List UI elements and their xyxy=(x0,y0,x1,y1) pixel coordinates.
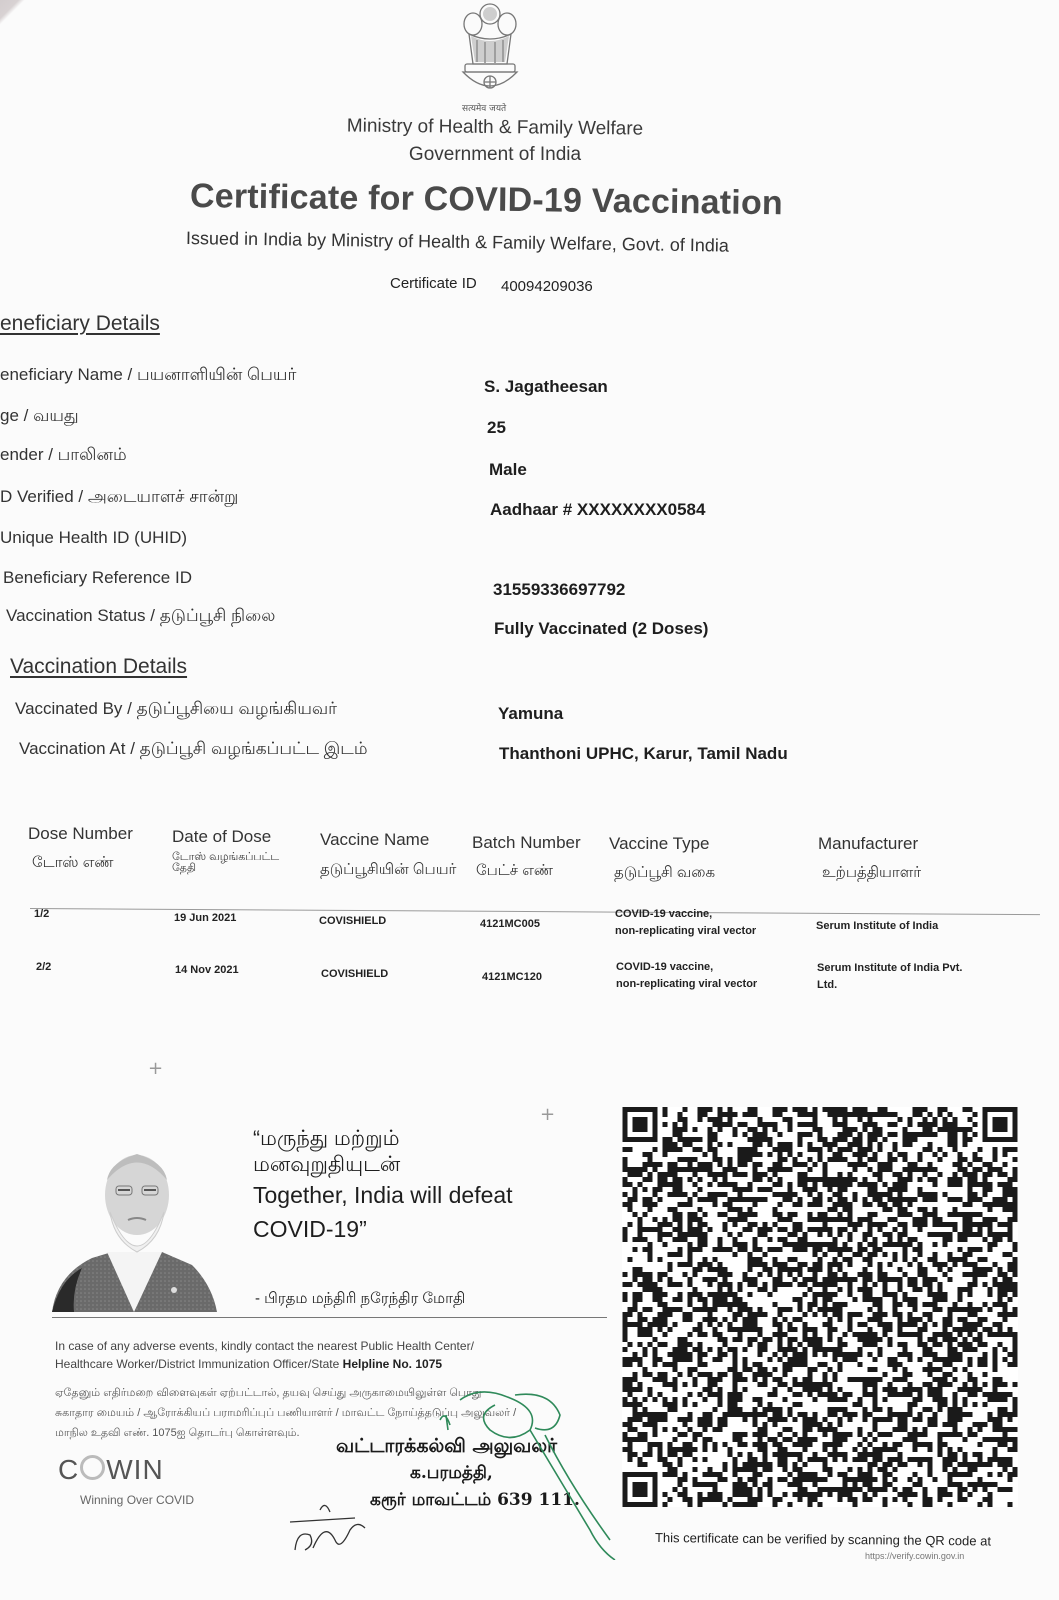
government-name: Government of India xyxy=(0,144,990,166)
green-signature-icon xyxy=(420,1390,630,1560)
verify-instruction: This certificate can be verified by scan… xyxy=(655,1530,991,1549)
cell-type-line1: COVID-19 vaccine, xyxy=(616,959,713,975)
cell-manufacturer: Serum Institute of India xyxy=(816,918,938,934)
field-value-vaccination-status: Fully Vaccinated (2 Doses) xyxy=(494,619,708,639)
col-dose-number: Dose Number xyxy=(28,824,133,844)
cell-vaccine: COVISHIELD xyxy=(319,913,386,929)
page-corner-shadow xyxy=(0,0,30,60)
field-value-vaccination-at: Thanthoni UPHC, Karur, Tamil Nadu xyxy=(499,744,788,764)
col-vaccine-type: Vaccine Type xyxy=(609,834,710,854)
field-label-uhid: Unique Health ID (UHID) xyxy=(0,528,187,548)
quote-en-line1: Together, India will defeat xyxy=(253,1178,513,1212)
field-value-age: 25 xyxy=(487,418,506,438)
col-vaccine-name-ta: தடுப்பூசியின் பெயர் xyxy=(320,863,456,877)
col-vaccine-type-ta: தடுப்பூசி வகை xyxy=(614,866,715,880)
advisory-en-line2: Healthcare Worker/District Immunization … xyxy=(55,1357,339,1371)
cowin-logo: CWIN xyxy=(58,1454,164,1486)
field-value-vaccinated-by: Yamuna xyxy=(498,704,563,724)
ministry-name: Ministry of Health & Family Welfare xyxy=(0,112,990,144)
col-batch-number: Batch Number xyxy=(472,833,581,853)
field-label-reference-id: Beneficiary Reference ID xyxy=(3,568,192,588)
qr-code[interactable] xyxy=(622,1107,1018,1507)
col-manufacturer: Manufacturer xyxy=(818,834,918,854)
footer-divider xyxy=(52,1317,607,1318)
field-label-vaccination-status: Vaccination Status / தடுப்பூசி நிலை xyxy=(6,606,275,628)
handwritten-signature-icon xyxy=(285,1500,385,1560)
field-value-name: S. Jagatheesan xyxy=(484,377,608,397)
cell-manufacturer-line2: Ltd. xyxy=(817,977,837,993)
cell-dose: 2/2 xyxy=(36,959,51,975)
col-manufacturer-ta: உற்பத்தியாளர் xyxy=(822,866,921,880)
certificate-title: Certificate for COVID-19 Vaccination xyxy=(190,177,783,223)
quote-attribution: - பிரதம மந்திரி நரேந்திர மோதி xyxy=(255,1290,465,1309)
helpline-number: Helpline No. 1075 xyxy=(343,1357,442,1371)
field-value-gender: Male xyxy=(489,460,527,480)
quote-en-line2: COVID-19” xyxy=(253,1212,513,1246)
quote-ta-line2: மனவுறுதியுடன் xyxy=(253,1152,513,1178)
col-date-of-dose: Date of Dose xyxy=(172,827,271,847)
advisory-english: In case of any adverse events, kindly co… xyxy=(55,1337,615,1373)
field-label-vaccination-at: Vaccination At / தடுப்பூசி வழங்கப்பட்ட இ… xyxy=(19,739,368,761)
cowin-tagline: Winning Over COVID xyxy=(80,1493,194,1507)
certificate-id-label: Certificate ID xyxy=(390,275,477,292)
certificate-id-value: 40094209036 xyxy=(501,278,593,295)
registration-mark: + xyxy=(540,1104,555,1125)
pm-quote: “மருந்து மற்றும் மனவுறுதியுடன் Together,… xyxy=(253,1126,513,1246)
field-value-reference-id: 31559336697792 xyxy=(493,580,625,600)
field-label-vaccinated-by: Vaccinated By / தடுப்பூசியை வழங்கியவர் xyxy=(15,699,337,721)
field-label-gender: ender / பாலினம் xyxy=(0,445,127,467)
field-label-age: ge / வயது xyxy=(0,406,79,428)
cell-date: 19 Jun 2021 xyxy=(174,910,236,926)
col-batch-number-ta: பேட்ச் எண் xyxy=(476,864,553,878)
cell-vaccine: COVISHIELD xyxy=(321,966,388,982)
state-emblem-icon xyxy=(455,0,525,105)
advisory-en-line1: In case of any adverse events, kindly co… xyxy=(55,1337,615,1355)
field-label-id-verified: D Verified / அடையாளச் சான்று xyxy=(0,487,238,509)
cell-batch: 4121MC005 xyxy=(480,916,540,932)
cell-type-line2: non-replicating viral vector xyxy=(616,976,757,992)
quote-ta-line1: “மருந்து மற்றும் xyxy=(253,1126,513,1152)
issued-by: Issued in India by Ministry of Health & … xyxy=(186,228,729,257)
cell-dose: 1/2 xyxy=(34,906,49,922)
cell-manufacturer-line1: Serum Institute of India Pvt. xyxy=(817,960,962,976)
field-value-id-verified: Aadhaar # XXXXXXXX0584 xyxy=(490,500,705,520)
pm-photo xyxy=(52,1140,217,1312)
emblem-motto: सत्यमेव जयते xyxy=(462,101,506,114)
cowin-o-icon xyxy=(80,1455,105,1480)
verify-url[interactable]: https://verify.cowin.gov.in xyxy=(865,1551,964,1561)
beneficiary-details-heading: eneficiary Details xyxy=(0,312,160,336)
cell-type-line1: COVID-19 vaccine, xyxy=(615,906,712,922)
registration-mark: + xyxy=(148,1058,163,1079)
cell-type-line2: non-replicating viral vector xyxy=(615,923,756,939)
field-label-name: eneficiary Name / பயனாளியின் பெயர் xyxy=(0,365,296,387)
col-vaccine-name: Vaccine Name xyxy=(320,830,429,850)
cell-date: 14 Nov 2021 xyxy=(175,962,239,978)
col-date-of-dose-ta: டோஸ் வழங்கப்பட்ட தேதி xyxy=(172,852,292,874)
vaccination-details-heading: Vaccination Details xyxy=(10,655,187,679)
col-dose-number-ta: டோஸ் எண் xyxy=(32,856,114,870)
cell-batch: 4121MC120 xyxy=(482,969,542,985)
